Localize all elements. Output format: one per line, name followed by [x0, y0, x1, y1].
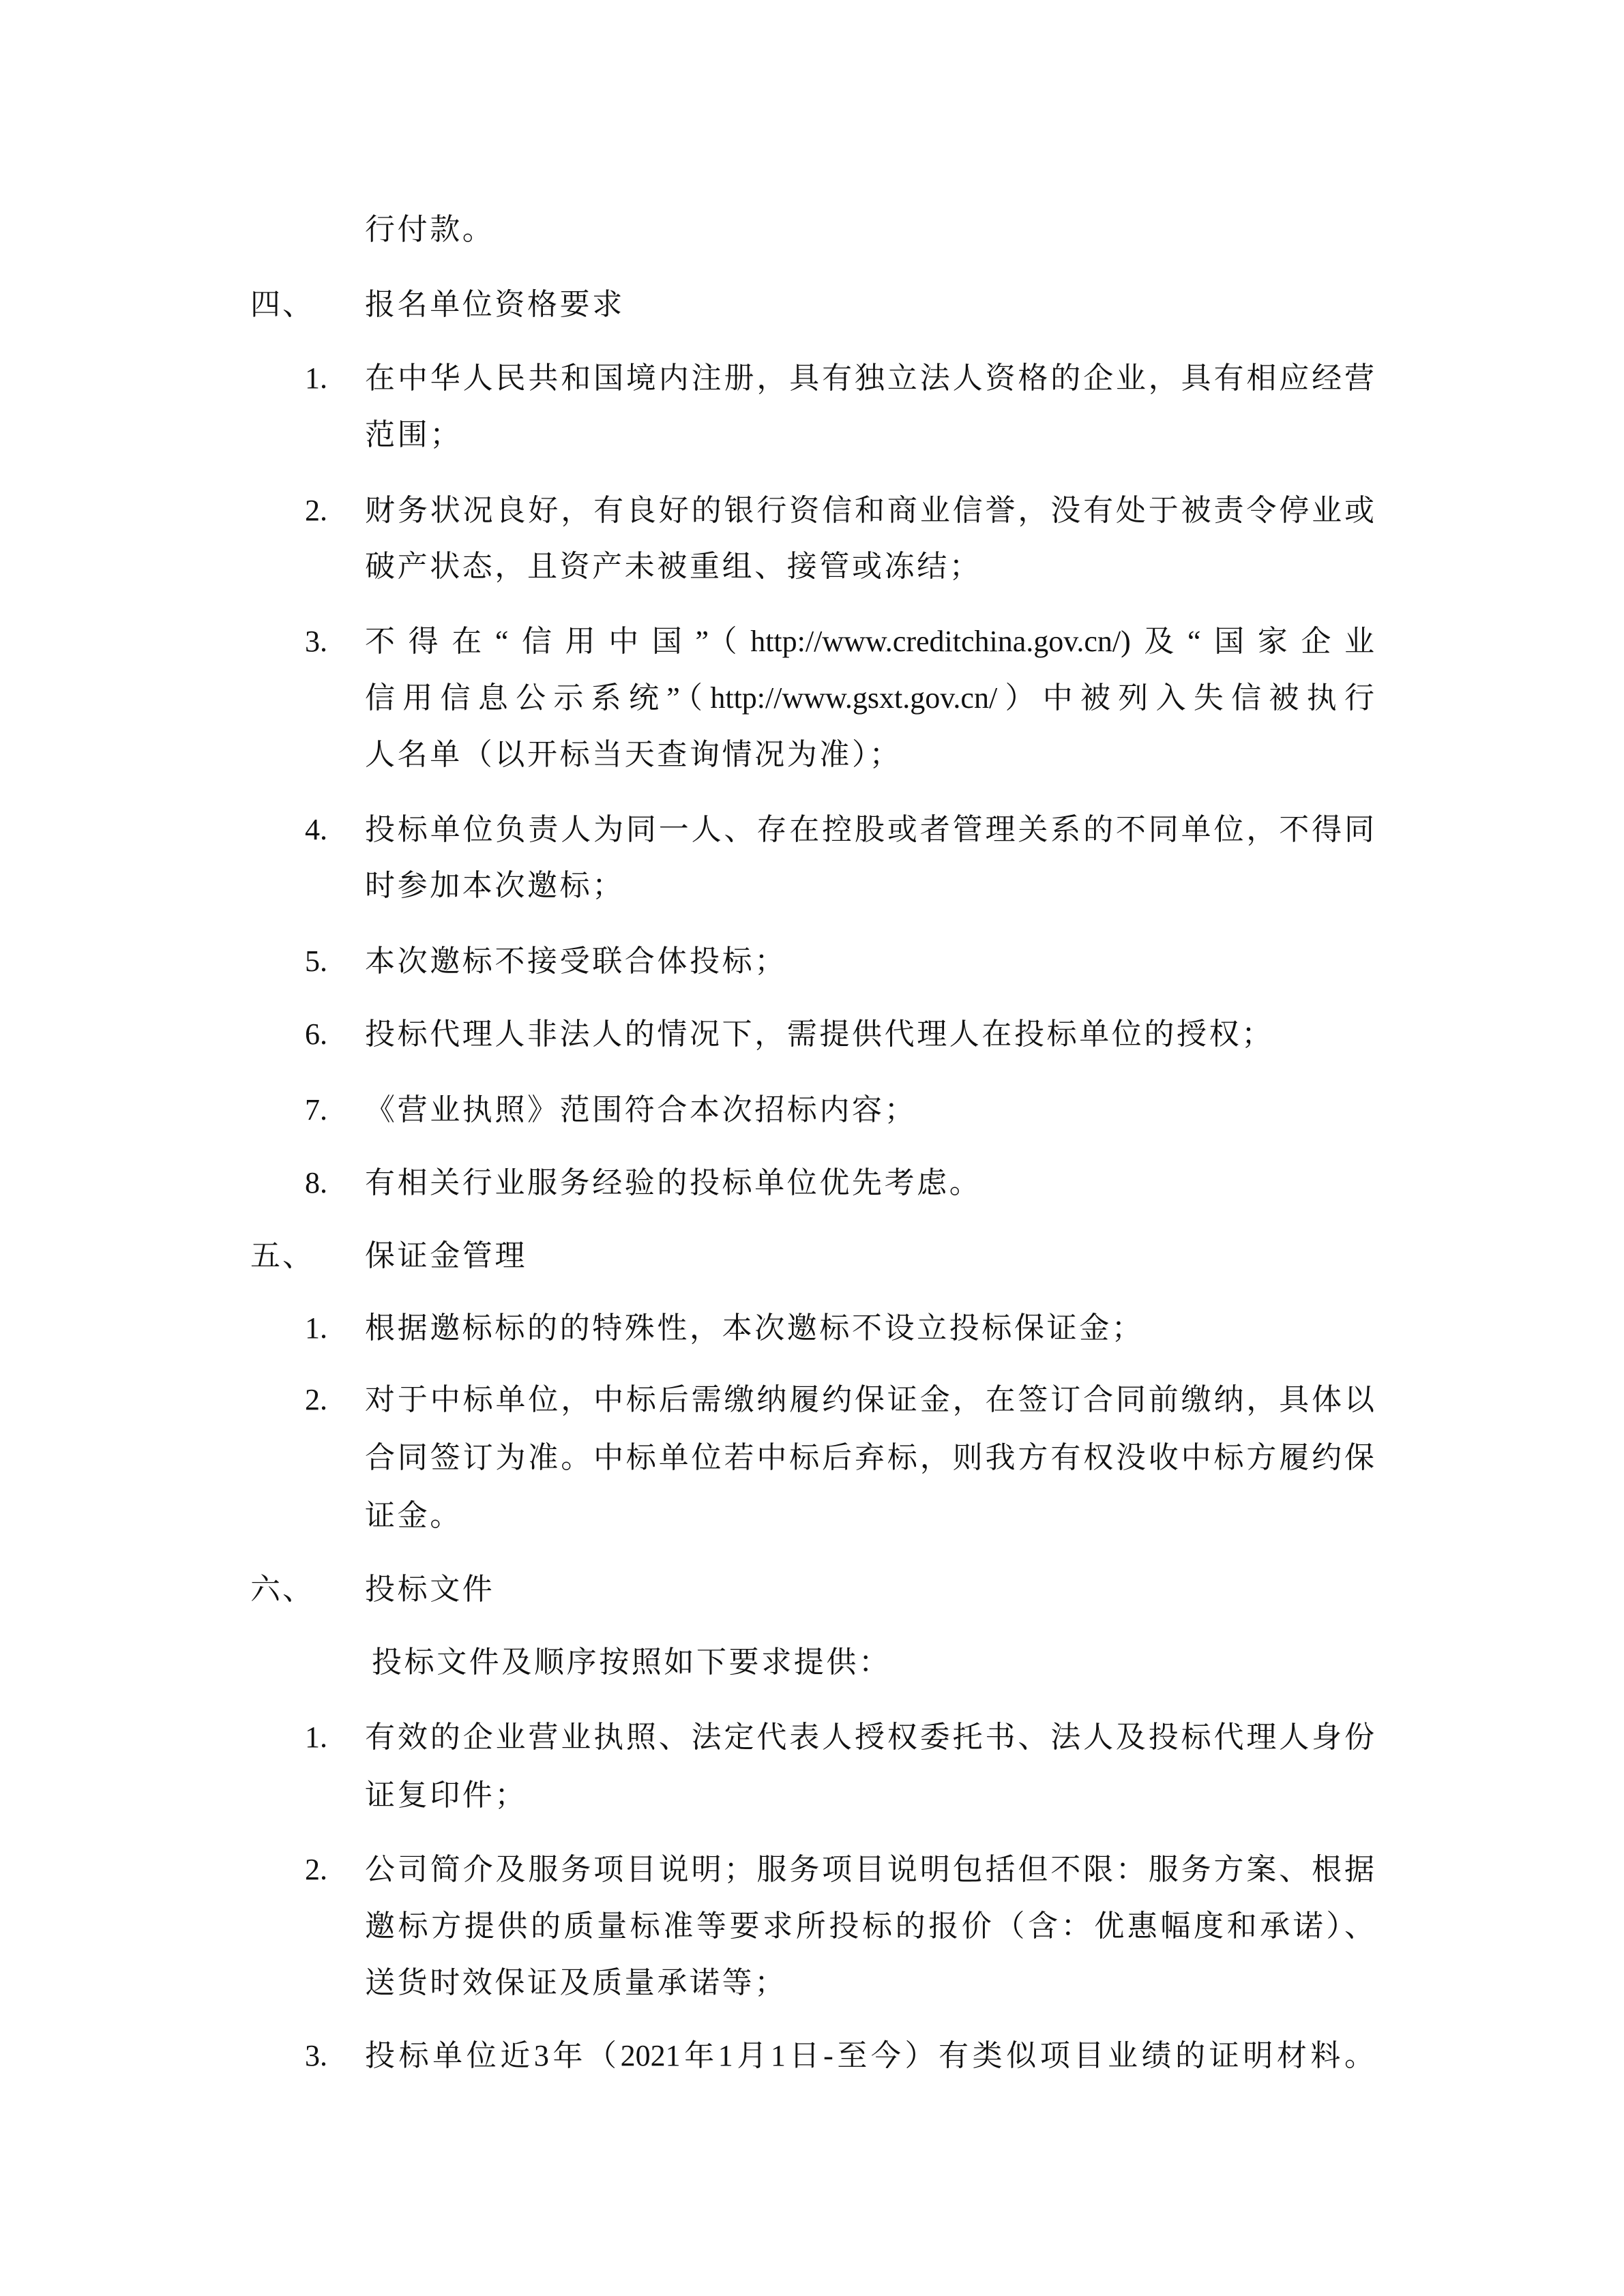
s4-item-5-number: 5.	[305, 942, 346, 981]
s4-item-3-line-3: 人名单（以开标当天查询情况为准）；	[365, 736, 1374, 774]
s6-item-1-line-2: 证复印件；	[365, 1776, 1374, 1815]
s4-item-4-line-1: 投标单位负责人为同一人、存在控股或者管理关系的不同单位，不得同	[365, 811, 1374, 849]
s5-item-2-line-2: 合同签订为准。中标单位若中标后弃标，则我方有权没收中标方履约保	[365, 1439, 1374, 1477]
s4-item-3-line-1: 不得在“信用中国”（http://www.creditchina.gov.cn/…	[365, 623, 1374, 661]
s4-item-4-number: 4.	[305, 811, 346, 849]
s4-item-3-line-2: 信用信息公示系统”（http://www.gsxt.gov.cn/）中被列入失信…	[365, 679, 1374, 717]
section-5-title: 保证金管理	[365, 1237, 1374, 1275]
s4-item-5-line-1: 本次邀标不接受联合体投标；	[365, 942, 1374, 981]
s4-item-7-number: 7.	[305, 1091, 346, 1129]
s4-item-8-number: 8.	[305, 1164, 346, 1202]
section-5-number: 五、	[250, 1237, 325, 1275]
section-6-number: 六、	[250, 1570, 325, 1609]
s4-item-4-line-2: 时参加本次邀标；	[365, 867, 1374, 905]
s4-item-6-line-1: 投标代理人非法人的情况下，需提供代理人在投标单位的授权；	[365, 1015, 1374, 1054]
s6-item-2-line-3: 送货时效保证及质量承诺等；	[365, 1964, 1374, 2002]
s4-item-2-line-2: 破产状态，且资产未被重组、接管或冻结；	[365, 548, 1374, 586]
section-6-intro: 投标文件及顺序按照如下要求提供：	[372, 1643, 891, 1682]
continuation-text: 行付款。	[365, 211, 1374, 249]
s6-item-1-line-1: 有效的企业营业执照、法定代表人授权委托书、法人及投标代理人身份	[365, 1718, 1374, 1757]
s4-item-7-line-1: 《营业执照》范围符合本次招标内容；	[365, 1091, 1374, 1129]
s6-item-3-number: 3.	[305, 2037, 346, 2075]
s4-item-2-line-1: 财务状况良好，有良好的银行资信和商业信誉，没有处于被责令停业或	[365, 492, 1374, 530]
s6-item-2-line-2: 邀标方提供的质量标准等要求所投标的报价（含：优惠幅度和承诺）、	[365, 1907, 1374, 1945]
s4-item-3-number: 3.	[305, 623, 346, 661]
s5-item-1-line-1: 根据邀标标的的特殊性，本次邀标不设立投标保证金；	[365, 1309, 1374, 1347]
s6-item-2-line-1: 公司简介及服务项目说明；服务项目说明包括但不限：服务方案、根据	[365, 1851, 1374, 1889]
section-6-title: 投标文件	[365, 1570, 1374, 1609]
s6-item-2-number: 2.	[305, 1851, 346, 1889]
section-4-number: 四、	[250, 286, 325, 324]
s5-item-1-number: 1.	[305, 1309, 346, 1347]
s5-item-2-line-1: 对于中标单位，中标后需缴纳履约保证金，在签订合同前缴纳，具体以	[365, 1381, 1374, 1419]
s5-item-2-line-3: 证金。	[365, 1497, 1374, 1535]
s5-item-2-number: 2.	[305, 1381, 346, 1419]
s4-item-1-line-1: 在中华人民共和国境内注册，具有独立法人资格的企业，具有相应经营	[365, 359, 1374, 398]
s4-item-2-number: 2.	[305, 492, 346, 530]
s4-item-1-line-2: 范围；	[365, 416, 1374, 454]
s6-item-3-line-1: 投标单位近3年（2021年1月1日-至今）有类似项目业绩的证明材料。	[365, 2037, 1374, 2075]
document-page: 行付款。 四、 报名单位资格要求 1. 在中华人民共和国境内注册，具有独立法人资…	[0, 0, 1624, 2296]
section-4-title: 报名单位资格要求	[365, 286, 1374, 324]
s4-item-6-number: 6.	[305, 1015, 346, 1054]
s4-item-1-number: 1.	[305, 359, 346, 398]
s6-item-1-number: 1.	[305, 1718, 346, 1757]
s4-item-8-line-1: 有相关行业服务经验的投标单位优先考虑。	[365, 1164, 1374, 1202]
